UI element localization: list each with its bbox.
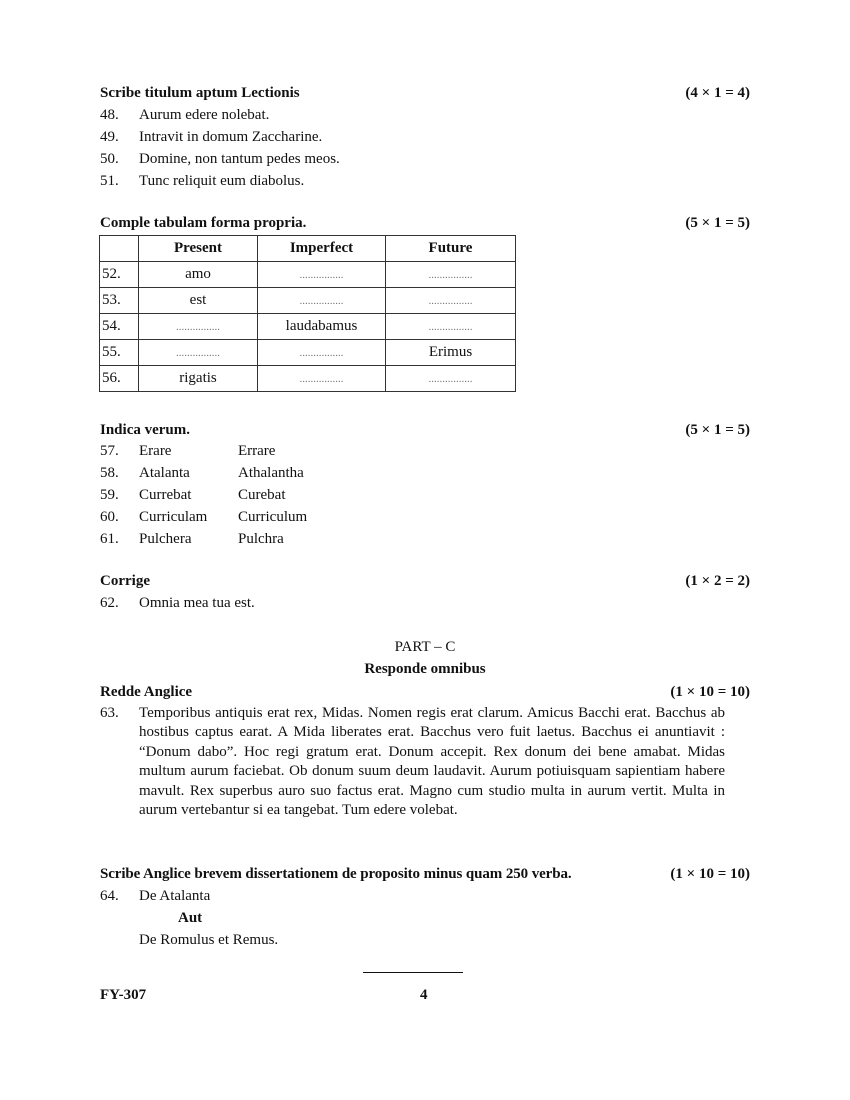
question-61: 61.PulcheraPulchra: [100, 528, 284, 550]
question-62: 62.Omnia mea tua est.: [100, 592, 255, 614]
row-number: 53.: [100, 288, 139, 314]
question-number: 62.: [100, 592, 139, 614]
essay-option-1: De Atalanta: [139, 885, 210, 907]
section-heading-table: Comple tabulam forma propria.: [100, 215, 306, 232]
question-58: 58.AtalantaAthalantha: [100, 462, 304, 484]
question-number: 64.: [100, 885, 139, 907]
cell-present: amo: [139, 262, 258, 288]
table-row: 54. ................ laudabamus ........…: [100, 314, 516, 340]
table-row: 53. est ................ ...............…: [100, 288, 516, 314]
question-number-63: 63.: [100, 704, 119, 723]
cell-imperfect-blank: ................: [258, 340, 386, 366]
section-heading-indica: Indica verum.: [100, 422, 190, 439]
marks-table: (5 × 1 = 5): [685, 215, 750, 232]
essay-option-2: De Romulus et Remus.: [139, 932, 278, 949]
cell-future-blank: ................: [386, 366, 516, 392]
marks-corrige: (1 × 2 = 2): [685, 573, 750, 590]
option-b: Pulchra: [238, 531, 284, 547]
row-number: 54.: [100, 314, 139, 340]
footer-code: FY-307: [100, 987, 146, 1004]
question-50: 50.Domine, non tantum pedes meos.: [100, 148, 340, 170]
marks-redde: (1 × 10 = 10): [670, 684, 750, 701]
essay-or: Aut: [178, 910, 202, 927]
option-b: Athalantha: [238, 465, 304, 481]
question-number: 48.: [100, 104, 139, 126]
question-60: 60.CurriculamCurriculum: [100, 506, 307, 528]
cell-future-blank: ................: [386, 314, 516, 340]
question-51: 51.Tunc reliquit eum diabolus.: [100, 170, 304, 192]
cell-future-blank: ................: [386, 288, 516, 314]
column-header-future: Future: [386, 236, 516, 262]
option-a: Currebat: [139, 484, 238, 506]
part-c-subtitle: Responde omnibus: [0, 661, 850, 678]
part-c-title: PART – C: [0, 639, 850, 656]
cell-imperfect-blank: ................: [258, 366, 386, 392]
passage-text: Temporibus antiquis erat rex, Midas. Nom…: [139, 704, 725, 820]
cell-future: Erimus: [386, 340, 516, 366]
cell-imperfect-blank: ................: [258, 262, 386, 288]
question-59: 59.CurrebatCurebat: [100, 484, 285, 506]
marks-essay: (1 × 10 = 10): [670, 866, 750, 883]
table-row: 52. amo ................ ...............…: [100, 262, 516, 288]
row-number: 55.: [100, 340, 139, 366]
question-number: 49.: [100, 126, 139, 148]
cell-future-blank: ................: [386, 262, 516, 288]
option-b: Curriculum: [238, 509, 307, 525]
cell-present: rigatis: [139, 366, 258, 392]
row-number: 52.: [100, 262, 139, 288]
question-49: 49.Intravit in domum Zaccharine.: [100, 126, 322, 148]
option-a: Curriculam: [139, 506, 238, 528]
page-number: 4: [420, 987, 428, 1004]
marks-titles: (4 × 1 = 4): [685, 85, 750, 102]
question-48: 48.Aurum edere nolebat.: [100, 104, 269, 126]
question-number: 57.: [100, 440, 139, 462]
question-number: 50.: [100, 148, 139, 170]
question-text: Tunc reliquit eum diabolus.: [139, 170, 304, 192]
cell-imperfect: laudabamus: [258, 314, 386, 340]
section-heading-titles: Scribe titulum aptum Lectionis: [100, 85, 300, 102]
question-64: 64.De Atalanta: [100, 885, 210, 907]
section-heading-redde: Redde Anglice: [100, 684, 192, 701]
section-heading-essay: Scribe Anglice brevem dissertationem de …: [100, 866, 572, 883]
question-57: 57.ErareErrare: [100, 440, 275, 462]
question-text: Omnia mea tua est.: [139, 592, 255, 614]
end-rule: [363, 972, 463, 973]
option-a: Erare: [139, 440, 238, 462]
table-header-row: Present Imperfect Future: [100, 236, 516, 262]
question-number: 51.: [100, 170, 139, 192]
table-row: 56. rigatis ................ ...........…: [100, 366, 516, 392]
table-row: 55. ................ ................ Er…: [100, 340, 516, 366]
question-number: 59.: [100, 484, 139, 506]
row-number: 56.: [100, 366, 139, 392]
question-text: Aurum edere nolebat.: [139, 104, 269, 126]
option-b: Errare: [238, 443, 275, 459]
cell-imperfect-blank: ................: [258, 288, 386, 314]
cell-present: est: [139, 288, 258, 314]
question-text: Domine, non tantum pedes meos.: [139, 148, 340, 170]
cell-present-blank: ................: [139, 314, 258, 340]
question-text: Intravit in domum Zaccharine.: [139, 126, 322, 148]
cell-present-blank: ................: [139, 340, 258, 366]
option-a: Atalanta: [139, 462, 238, 484]
option-a: Pulchera: [139, 528, 238, 550]
column-header-number: [100, 236, 139, 262]
option-b: Curebat: [238, 487, 285, 503]
section-heading-corrige: Corrige: [100, 573, 150, 590]
column-header-imperfect: Imperfect: [258, 236, 386, 262]
question-number: 60.: [100, 506, 139, 528]
question-number: 58.: [100, 462, 139, 484]
question-number: 61.: [100, 528, 139, 550]
verb-forms-table: Present Imperfect Future 52. amo .......…: [99, 235, 516, 392]
marks-indica: (5 × 1 = 5): [685, 422, 750, 439]
column-header-present: Present: [139, 236, 258, 262]
